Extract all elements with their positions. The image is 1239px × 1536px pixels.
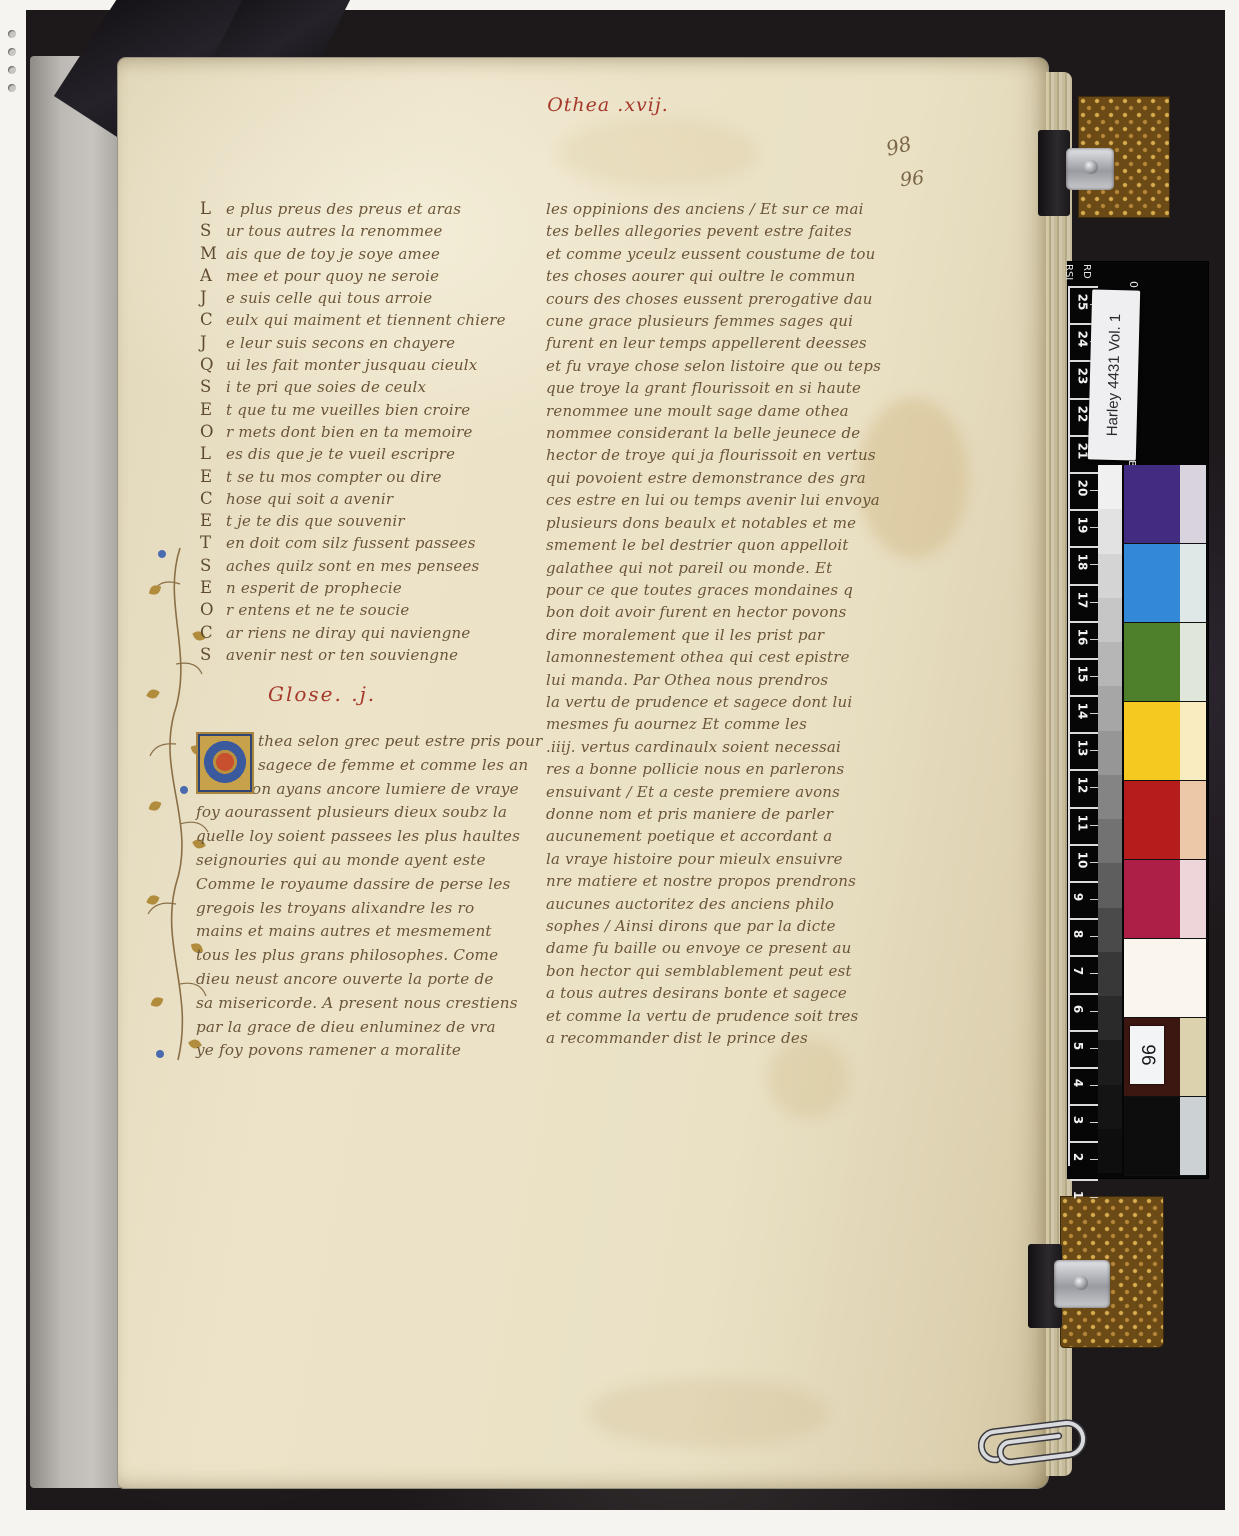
ruler-number: 16 — [1070, 621, 1098, 658]
ruler-number: 19 — [1070, 509, 1098, 546]
punch-hole — [8, 30, 16, 38]
ruler-number: 13 — [1070, 732, 1098, 769]
right-column-line: et comme yceulz eussent coustume de tou — [546, 243, 898, 265]
verse-line: Je suis celle qui tous arroie — [200, 287, 572, 309]
ruler-number-text: 7 — [1071, 967, 1085, 975]
verse-line: Si te pri que soies de ceulx — [200, 376, 572, 398]
glose-line: par la grace de dieu enluminez de vra — [196, 1016, 580, 1040]
ruler-number: 14 — [1070, 695, 1098, 732]
ruler-tick — [1090, 1122, 1098, 1123]
ruler-number-text: 9 — [1071, 893, 1085, 901]
ruler-number: 1 — [1070, 1179, 1098, 1216]
punch-hole — [8, 66, 16, 74]
ruler-number: 5 — [1070, 1030, 1098, 1067]
bar-top-label: RD — [1081, 264, 1092, 279]
right-column-line: aucunes auctoritez des anciens philo — [546, 893, 898, 915]
folio-tag: 96 — [1130, 1026, 1164, 1084]
glose-line: quelle loy soient passees les plus hault… — [196, 825, 580, 849]
verse-text: en doit com silz fussent passees — [226, 534, 476, 552]
verse-text: t je te dis que souvenir — [226, 512, 405, 530]
gray-step — [1098, 819, 1122, 863]
ruler-number-text: 12 — [1075, 777, 1089, 794]
ruler-tick — [1090, 862, 1098, 863]
verse-text: r mets dont bien en ta memoire — [226, 423, 473, 441]
verse-line: Les dis que je te vueil escripre — [200, 443, 572, 465]
ruler-number-text: 24 — [1075, 331, 1089, 348]
verse-text: t se tu mos compter ou dire — [226, 468, 442, 486]
patch-purple — [1124, 465, 1180, 544]
glose-line: Comme le royaume dassire de perse les — [196, 873, 580, 897]
verse-initial: T — [200, 532, 226, 554]
gray-step — [1098, 731, 1122, 775]
ruler-number-text: 11 — [1075, 814, 1089, 831]
verse-line: Mais que de toy je soye amee — [200, 243, 572, 265]
patch-pale-white — [1180, 939, 1206, 1018]
verse-initial: J — [200, 287, 226, 309]
ruler-number-text: 16 — [1075, 628, 1089, 645]
right-column-line: tes belles allegories pevent estre faite… — [546, 220, 898, 242]
right-column-line: lamonnestement othea qui cest epistre — [546, 646, 898, 668]
right-column-line: sophes / Ainsi dirons que par la dicte — [546, 915, 898, 937]
right-column-line: smement le bel destrier quon appelloit — [546, 534, 898, 556]
glose-line: seignouries qui au monde ayent este — [196, 849, 580, 873]
ruler-number-text: 23 — [1075, 368, 1089, 385]
gray-step — [1098, 598, 1122, 642]
parchment-stain — [588, 1378, 828, 1448]
gray-step — [1098, 554, 1122, 598]
verse-initial: M — [200, 243, 226, 265]
right-column-line: et fu vraye chose selon listoire que ou … — [546, 355, 898, 377]
punch-hole — [8, 84, 16, 92]
ruler-number-text: 20 — [1075, 480, 1089, 497]
ruler-number: 7 — [1070, 955, 1098, 992]
ruler-number-text: 13 — [1075, 740, 1089, 757]
verse-line: Qui les fait monter jusquau cieulx — [200, 354, 572, 376]
photo-frame: Othea .xvij. 98 96 Le plus preus des pr — [0, 0, 1239, 1536]
patch-pale-green — [1180, 623, 1206, 702]
flyleaf-board — [30, 56, 120, 1488]
verse-text: hose qui soit a avenir — [226, 490, 393, 508]
verse-text: ui les fait monter jusquau cieulx — [226, 356, 477, 374]
verse-initial: S — [200, 376, 226, 398]
right-column-line: .iiij. vertus cardinaulx soient necessai — [546, 736, 898, 758]
gray-step — [1098, 465, 1122, 509]
verse-line: Amee et pour quoy ne seroie — [200, 265, 572, 287]
ruler-tick — [1090, 527, 1098, 528]
patch-black — [1124, 1097, 1180, 1176]
ruler-tick — [1090, 973, 1098, 974]
verse-line: Ten doit com silz fussent passees — [200, 532, 572, 554]
verse-initial: E — [200, 577, 226, 599]
right-column-line: dame fu baille ou envoye ce present au — [546, 937, 898, 959]
verse-text: e plus preus des preus et aras — [226, 200, 461, 218]
ruler-number-text: 25 — [1075, 294, 1089, 311]
right-column-line: nre matiere et nostre propos prendrons — [546, 870, 898, 892]
verse-text: ar riens ne diray qui naviengne — [226, 624, 471, 642]
ruler-number-text: 1 — [1071, 1190, 1085, 1198]
verse-line: Je leur suis secons en chayere — [200, 332, 572, 354]
ruler-tick — [1090, 787, 1098, 788]
ruler-number: 4 — [1070, 1067, 1098, 1104]
right-column-line: ensuivant / Et a ceste premiere avons — [546, 781, 898, 803]
ruler-tick — [1090, 1011, 1098, 1012]
glose-line: cians non ayans ancore lumiere de vraye — [196, 778, 580, 802]
verse-text: i te pri que soies de ceulx — [226, 378, 426, 396]
verse-line: Et se tu mos compter ou dire — [200, 466, 572, 488]
right-column-line: pour ce que toutes graces mondaines q — [546, 579, 898, 601]
ruler-number-text: 5 — [1071, 1042, 1085, 1050]
right-column-line: qui povoient estre demonstrance des gra — [546, 467, 898, 489]
gray-step — [1098, 1085, 1122, 1129]
verse-line: Car riens ne diray qui naviengne — [200, 622, 572, 644]
ruler-tick — [1090, 602, 1098, 603]
right-column-line: nommee considerant la belle jeunece de — [546, 422, 898, 444]
clip-screw — [1084, 160, 1098, 174]
right-column-line: furent en leur temps appellerent deesses — [546, 332, 898, 354]
verse-initial: A — [200, 265, 226, 287]
verse-line: Or entens et ne te soucie — [200, 599, 572, 621]
ruler-tick — [1090, 1085, 1098, 1086]
patch-red — [1124, 781, 1180, 860]
glose-line: gregois les troyans alixandre les ro — [196, 897, 580, 921]
verse-line: Et que tu me vueilles bien croire — [200, 399, 572, 421]
patch-green — [1124, 623, 1180, 702]
right-column-line: ces estre en lui ou temps avenir lui env… — [546, 489, 898, 511]
right-column-line: la vraye histoire pour mieulx ensuivre — [546, 848, 898, 870]
gray-step — [1098, 1040, 1122, 1084]
right-column-line: tes choses aourer qui oultre le commun — [546, 265, 898, 287]
gray-step — [1098, 908, 1122, 952]
gray-step — [1098, 1129, 1122, 1173]
right-column-line: plusieurs dons beaulx et notables et me — [546, 512, 898, 534]
verse-text: e leur suis secons en chayere — [226, 334, 455, 352]
verse-initial: S — [200, 220, 226, 242]
verse-line: Sur tous autres la renommee — [200, 220, 572, 242]
verse-line: Et je te dis que souvenir — [200, 510, 572, 532]
ruler-number-text: 17 — [1075, 591, 1089, 608]
glose-line: dieu neust ancore ouverte la porte de — [196, 968, 580, 992]
right-column-line: et comme la vertu de prudence soit tres — [546, 1005, 898, 1027]
right-text-column: les oppinions des anciens / Et sur ce ma… — [546, 198, 898, 1049]
right-column-line: a tous autres desirans bonte et sagece — [546, 982, 898, 1004]
verse-initial: C — [200, 488, 226, 510]
verse-text: n esperit de prophecie — [226, 579, 402, 597]
verse-initial: O — [200, 599, 226, 621]
verse-line: En esperit de prophecie — [200, 577, 572, 599]
right-column-line: lui manda. Par Othea nous prendros — [546, 669, 898, 691]
verse-text: mee et pour quoy ne seroie — [226, 267, 439, 285]
folio-number-old: 98 — [883, 131, 914, 160]
verse-initial: E — [200, 466, 226, 488]
ruler-number-text: 14 — [1075, 703, 1089, 720]
patch-pale-purple — [1180, 465, 1206, 544]
glose-line: foy aourassent plusieurs dieux soubz la — [196, 801, 580, 825]
running-title: Othea .xvij. — [478, 94, 738, 116]
right-column-line: galathee qui not pareil ou monde. Et — [546, 557, 898, 579]
gray-step — [1098, 642, 1122, 686]
right-column-line: aucunement poetique et accordant a — [546, 825, 898, 847]
ruler-number: 9 — [1070, 881, 1098, 918]
verse-initial: C — [200, 622, 226, 644]
ruler-number: 20 — [1070, 472, 1098, 509]
ruler-number-text: 8 — [1071, 930, 1085, 938]
patch-pale-blue — [1180, 544, 1206, 623]
verse-initial: J — [200, 332, 226, 354]
verse-text: e suis celle qui tous arroie — [226, 289, 432, 307]
gray-step — [1098, 996, 1122, 1040]
verse-initial: Q — [200, 354, 226, 376]
verse-initial: L — [200, 198, 226, 220]
ruler-number-text: 6 — [1071, 1004, 1085, 1012]
ruler-tick — [1090, 1048, 1098, 1049]
right-column-line: res a bonne pollicie nous en parlerons — [546, 758, 898, 780]
parchment-stain — [768, 1038, 848, 1118]
verse-text: ur tous autres la renommee — [226, 222, 443, 240]
punch-hole — [8, 48, 16, 56]
verse-initial: E — [200, 510, 226, 532]
ruler-number-text: 15 — [1075, 666, 1089, 683]
verse-line: Savenir nest or ten souviengne — [200, 644, 572, 666]
shelfmark-label: Harley 4431 Vol. 1 — [1088, 289, 1140, 460]
manuscript-page: Othea .xvij. 98 96 Le plus preus des pr — [118, 58, 1048, 1488]
glose-line: sa misericorde. A present nous crestiens — [196, 992, 580, 1016]
glose-line: ye foy povons ramener a moralite — [196, 1039, 580, 1063]
verse-text: ais que de toy je soye amee — [226, 245, 440, 263]
ruler-number: 3 — [1070, 1104, 1098, 1141]
ruler-number: 18 — [1070, 546, 1098, 583]
ruler-number: 2 — [1070, 1141, 1098, 1178]
verse-text: r entens et ne te soucie — [226, 601, 409, 619]
patch-blue — [1124, 544, 1180, 623]
right-column-line: hector de troye qui ja flourissoit en ve… — [546, 444, 898, 466]
verse-line: Saches quilz sont en mes pensees — [200, 555, 572, 577]
ruler-number-text: 2 — [1071, 1153, 1085, 1161]
ruler-tick — [1090, 936, 1098, 937]
right-column-line: renommee une moult sage dame othea — [546, 400, 898, 422]
ruler-number-text: 4 — [1071, 1079, 1085, 1087]
ruler-tick — [1090, 676, 1098, 677]
ruler-tick — [1090, 825, 1098, 826]
gray-step — [1098, 509, 1122, 553]
ruler-number: 6 — [1070, 993, 1098, 1030]
glose-section: O thea selon grec peut estre pris poursa… — [196, 730, 580, 1063]
pale-color-patches — [1180, 465, 1206, 1176]
glose-rubric: Glose. .j. — [268, 682, 376, 706]
color-calibration-bar: RSI RD 252423222120191817161514131211109… — [1068, 262, 1208, 1178]
illuminated-initial-O: O — [198, 734, 252, 792]
right-column-line: dire moralement que il les prist par — [546, 624, 898, 646]
glose-line: mains et mains autres et mesmement — [196, 920, 580, 944]
verse-text: avenir nest or ten souviengne — [226, 646, 458, 664]
right-column-line: a recommander dist le prince des — [546, 1027, 898, 1049]
glose-line: tous les plus grans philosophes. Come — [196, 944, 580, 968]
ruler-tick — [1090, 564, 1098, 565]
patch-crimson — [1124, 860, 1180, 939]
ruler-number: 15 — [1070, 658, 1098, 695]
ruler-number-text: 3 — [1071, 1116, 1085, 1124]
right-column-line: que troye la grant flourissoit en si hau… — [546, 377, 898, 399]
bar-top-label: RSI — [1063, 264, 1074, 280]
right-column-line: mesmes fu aournez Et comme les — [546, 713, 898, 735]
gray-step — [1098, 686, 1122, 730]
patch-pale-red — [1180, 781, 1206, 860]
verse-column: Le plus preus des preus et arasSur tous … — [200, 198, 572, 666]
ruler-tick — [1090, 490, 1098, 491]
right-column-line: donne nom et pris maniere de parler — [546, 803, 898, 825]
right-column-line: bon hector qui semblablement peut est — [546, 960, 898, 982]
ruler-number-text: 18 — [1075, 554, 1089, 571]
verse-line: Le plus preus des preus et aras — [200, 198, 572, 220]
right-column-line: cours des choses eussent prerogative dau — [546, 288, 898, 310]
clip-screw — [1074, 1276, 1088, 1290]
gray-step — [1098, 952, 1122, 996]
patch-pale-dark-brown — [1180, 1018, 1206, 1097]
right-column-line: bon doit avoir furent en hector povons — [546, 601, 898, 623]
verse-text: aches quilz sont en mes pensees — [226, 557, 479, 575]
gray-step — [1098, 863, 1122, 907]
ruler-tick — [1090, 639, 1098, 640]
patch-white — [1124, 939, 1180, 1018]
patch-pale-yellow — [1180, 702, 1206, 781]
patch-yellow — [1124, 702, 1180, 781]
glose-line: thea selon grec peut estre pris pour — [196, 730, 580, 754]
ruler-number-text: 19 — [1075, 517, 1089, 534]
ruler-number: 17 — [1070, 584, 1098, 621]
right-column-line: la vertu de prudence et sagece dont lui — [546, 691, 898, 713]
verse-text: eulx qui maiment et tiennent chiere — [226, 311, 506, 329]
verse-line: Chose qui soit a avenir — [200, 488, 572, 510]
parchment-stain — [558, 118, 758, 188]
ruler-number: 11 — [1070, 807, 1098, 844]
patch-pale-black — [1180, 1097, 1206, 1176]
verse-text: t que tu me vueilles bien croire — [226, 401, 470, 419]
verse-initial: S — [200, 644, 226, 666]
ruler-tick — [1090, 1159, 1098, 1160]
ruler-tick — [1090, 750, 1098, 751]
patch-pale-crimson — [1180, 860, 1206, 939]
ruler-tick — [1090, 899, 1098, 900]
verse-initial: S — [200, 555, 226, 577]
verse-text: es dis que je te vueil escripre — [226, 445, 455, 463]
ruler-number-text: 10 — [1075, 851, 1089, 868]
ruler-number: 10 — [1070, 844, 1098, 881]
ruler-number-text: 22 — [1075, 405, 1089, 422]
grayscale-wedge — [1098, 465, 1122, 1173]
glose-paragraph: thea selon grec peut estre pris poursage… — [196, 730, 580, 1063]
right-column-line: cune grace plusieurs femmes sages qui — [546, 310, 898, 332]
glose-line: sagece de femme et comme les an — [196, 754, 580, 778]
verse-initial: O — [200, 421, 226, 443]
gray-step — [1098, 775, 1122, 819]
ruler-tick — [1090, 1197, 1098, 1198]
ruler-number: 12 — [1070, 769, 1098, 806]
paper-clip — [978, 1412, 1108, 1484]
verse-initial: C — [200, 309, 226, 331]
ruler-tick — [1090, 713, 1098, 714]
verse-line: Ceulx qui maiment et tiennent chiere — [200, 309, 572, 331]
verse-initial: L — [200, 443, 226, 465]
verse-initial: E — [200, 399, 226, 421]
folio-number-new: 96 — [899, 167, 925, 191]
right-column-line: les oppinions des anciens / Et sur ce ma… — [546, 198, 898, 220]
bar-corner-mark: 0 — [1127, 281, 1140, 288]
verse-line: Or mets dont bien en ta memoire — [200, 421, 572, 443]
ruler-number: 8 — [1070, 918, 1098, 955]
